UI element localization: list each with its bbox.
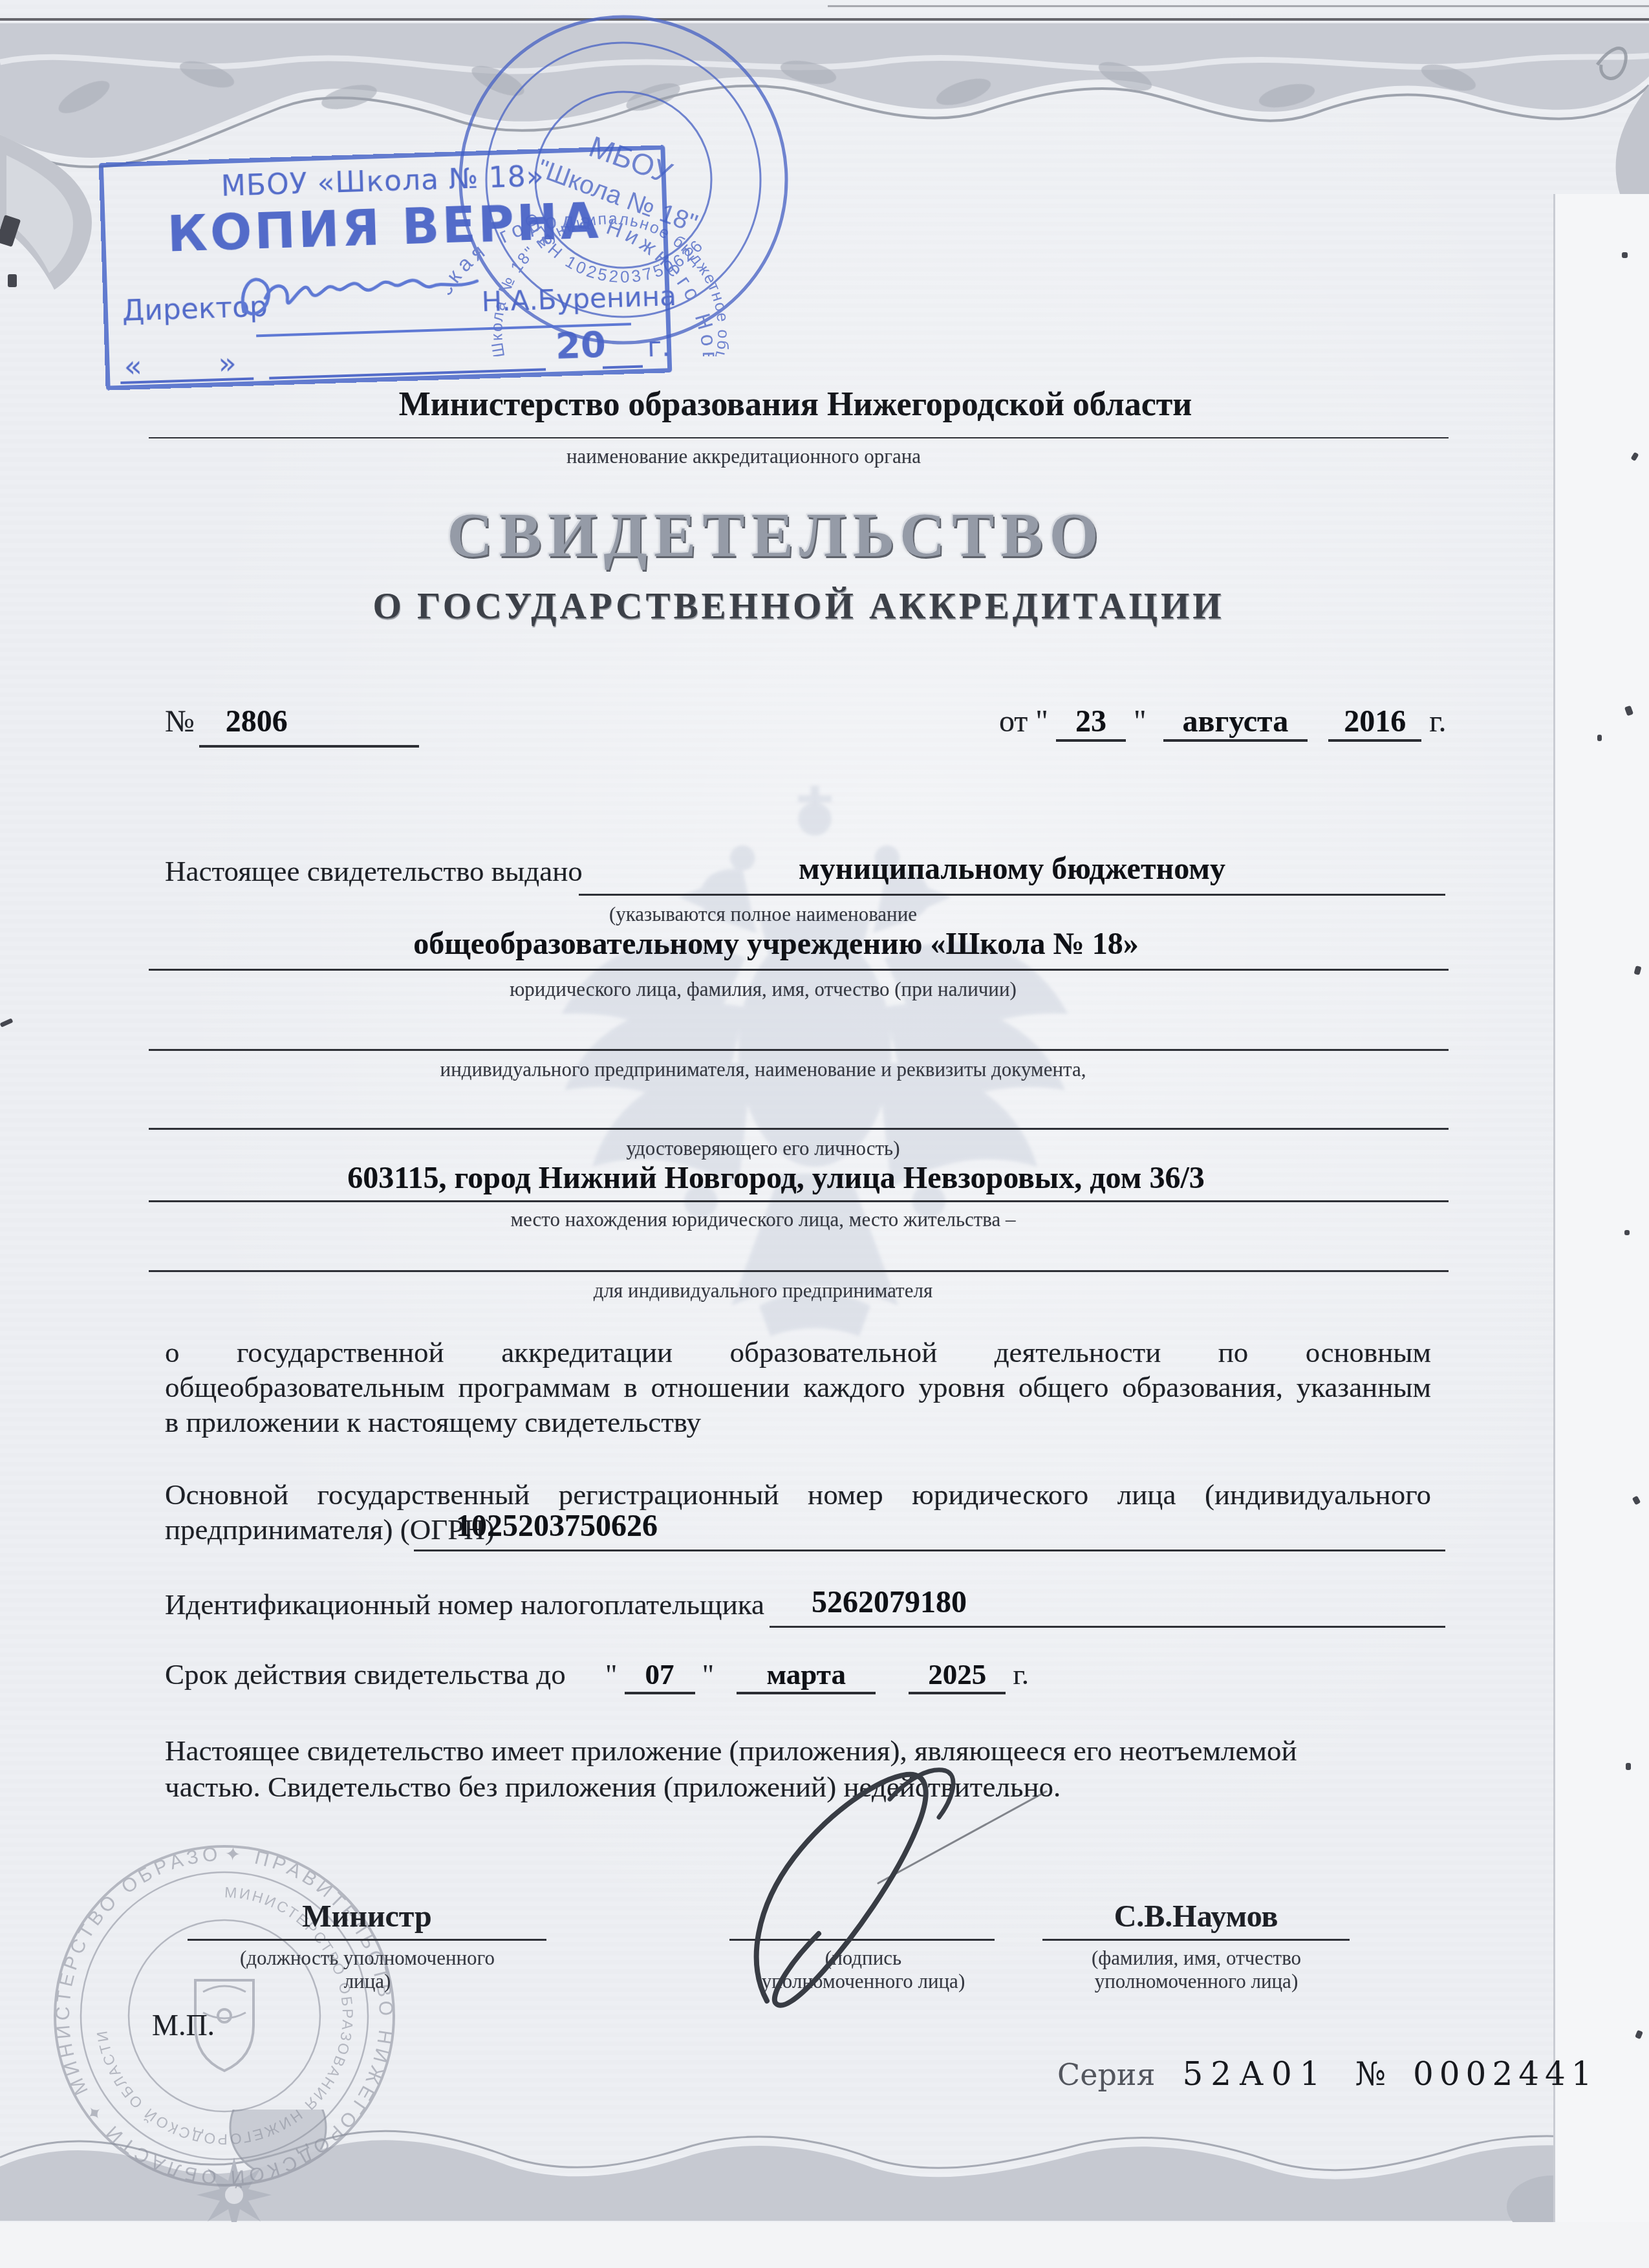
inn-value: 5262079180 xyxy=(812,1584,967,1620)
validity-month: марта xyxy=(737,1658,875,1694)
number-rule xyxy=(199,745,419,748)
blank-rule2 xyxy=(149,1128,1449,1130)
number-sign: № xyxy=(165,704,195,739)
scan-edge-right xyxy=(1555,194,1649,2268)
issue-month: августа xyxy=(1163,704,1308,742)
scan-edge-bottom xyxy=(0,2222,1649,2268)
scan-speck xyxy=(8,274,17,287)
director-signature xyxy=(235,244,484,336)
blank-rule1 xyxy=(149,1049,1449,1051)
inn-label: Идентификационный номер налогоплательщик… xyxy=(165,1588,764,1622)
recipient-rule2 xyxy=(149,969,1449,971)
signer-position: Министр xyxy=(188,1899,546,1934)
page-edge-line xyxy=(1553,194,1555,2225)
recipient-line2: общеобразовательному учреждению «Школа №… xyxy=(110,926,1442,962)
signer-name: С.В.Наумов xyxy=(1042,1899,1350,1934)
certificate-subtitle: О ГОСУДАРСТВЕННОЙ АККРЕДИТАЦИИ xyxy=(39,585,1558,627)
copy-stamp: МБОУ «Школа № 18» КОПИЯ ВЕРНА Директор Н… xyxy=(99,145,673,390)
copy-stamp-month-line xyxy=(269,368,546,379)
ogrn-value: 1025203750626 xyxy=(456,1508,658,1544)
blank-rule3 xyxy=(149,1270,1449,1272)
position-rule xyxy=(188,1939,546,1941)
accreditation-authority: Министерство образования Нижегородской о… xyxy=(133,385,1458,424)
validity-quote-open: " xyxy=(605,1658,617,1690)
authority-rule xyxy=(149,437,1449,438)
ogrn-label-line1: Основной государственный регистрационный… xyxy=(165,1478,1431,1512)
series-row: Серия 52А01 № 0002441 xyxy=(1057,2055,1598,2093)
name-caption: (фамилия, имя, отчество уполномоченного … xyxy=(1073,1947,1319,1993)
series-number: 0002441 xyxy=(1413,2055,1598,2093)
validity-suffix: г. xyxy=(1013,1658,1029,1690)
validity-row: Срок действия свидетельства до " 07 " ма… xyxy=(165,1658,1029,1694)
scan-speck xyxy=(1622,252,1628,258)
validity-year: 2025 xyxy=(909,1658,1006,1694)
subject-line3: в приложении к настоящему свидетельству xyxy=(165,1406,701,1440)
series-code: 52А01 xyxy=(1183,2055,1328,2093)
name-rule xyxy=(1042,1939,1350,1941)
certificate-title: СВИДЕТЕЛЬСТВО xyxy=(0,499,1552,572)
ministry-round-seal: ✦ ПРАВИТЕЛЬСТВО НИЖЕГОРОДСКОЙ ОБЛАСТИ ✦ … xyxy=(34,1825,415,2207)
series-number-sign: № xyxy=(1355,2055,1386,2093)
ogrn-label-line2: предпринимателя) (ОГРН) xyxy=(165,1513,495,1547)
date-quote-open: " xyxy=(1035,704,1048,739)
position-caption: (должность уполномоченного лица) xyxy=(238,1947,497,1993)
recipient-caption2: юридического лица, фамилия, имя, отчеств… xyxy=(97,978,1429,1001)
issue-day: 23 xyxy=(1056,704,1126,742)
inn-rule xyxy=(770,1626,1445,1628)
subject-line2: общеобразовательным программам в отношен… xyxy=(165,1371,1431,1405)
scan-speck xyxy=(1597,735,1602,741)
copy-stamp-quote-close: » xyxy=(218,345,237,381)
subject-line1: о государственной аккредитации образоват… xyxy=(165,1336,1431,1370)
recipient-caption1: (указываются полное наименование xyxy=(97,903,1429,926)
issue-year-suffix: г. xyxy=(1429,704,1446,739)
certificate-page: ✦ ПРАВИТЕЛЬСТВО НИЖЕГОРОДСКОЙ ОБЛАСТИ ✦ … xyxy=(0,0,1649,2268)
director-name: Н.А.Буренина xyxy=(481,280,677,318)
scan-speck xyxy=(1626,1763,1631,1770)
issue-year: 2016 xyxy=(1328,704,1421,742)
copy-stamp-quote-open: « xyxy=(124,349,143,384)
copy-stamp-year-suffix: г. xyxy=(647,330,671,363)
recipient-line1: муниципальному бюджетному xyxy=(579,851,1445,887)
recipient-caption6: для индивидуального предпринимателя xyxy=(97,1279,1429,1302)
scan-speck xyxy=(0,1018,14,1028)
authority-caption: наименование аккредитационного органа xyxy=(81,445,1406,468)
validity-label: Срок действия свидетельства до xyxy=(165,1658,566,1690)
seal-place-mark: М.П. xyxy=(152,2009,215,2043)
validity-day: 07 xyxy=(625,1658,695,1694)
issued-lead: Настоящее свидетельство выдано xyxy=(165,855,583,889)
recipient-rule1 xyxy=(579,894,1445,896)
recipient-caption4: удостоверяющего его личность) xyxy=(97,1137,1429,1160)
date-quote-close: " xyxy=(1134,704,1147,739)
address-rule xyxy=(149,1200,1449,1202)
scan-speck xyxy=(1624,1230,1630,1235)
number-row-left: № 2806 xyxy=(165,704,288,739)
date-from-label: от xyxy=(999,704,1028,739)
copy-stamp-year-line xyxy=(603,365,643,369)
copy-stamp-year-prefix: 20 xyxy=(555,323,607,367)
issue-date-row: от " 23 " августа 2016 г. xyxy=(999,704,1447,742)
validity-quote-close: " xyxy=(702,1658,714,1690)
certificate-number: 2806 xyxy=(226,704,288,739)
ogrn-rule xyxy=(414,1550,1445,1551)
recipient-address: 603115, город Нижний Новгород, улица Нев… xyxy=(110,1160,1442,1196)
minister-signature xyxy=(684,1760,1059,2019)
recipient-caption5: место нахождения юридического лица, мест… xyxy=(97,1208,1429,1231)
series-label: Серия xyxy=(1057,2057,1156,2092)
recipient-caption3: индивидуального предпринимателя, наимено… xyxy=(97,1058,1429,1081)
